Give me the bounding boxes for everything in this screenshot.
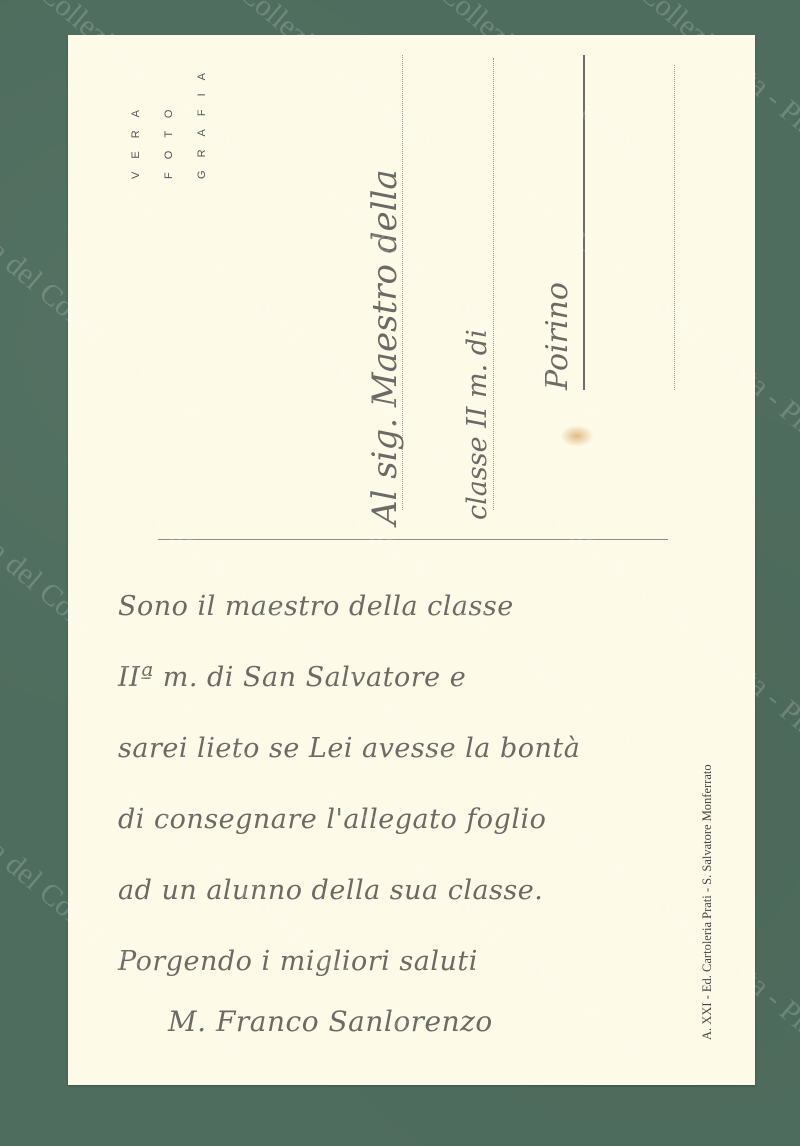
divider-line <box>158 539 668 540</box>
message-line: Sono il maestro della classe <box>118 582 678 653</box>
publisher-imprint: A. XXI - Ed. Cartoleria Prati - S. Salva… <box>700 650 715 1040</box>
message-line: Porgendo i migliori saluti <box>118 937 678 997</box>
address-line-2 <box>493 58 494 510</box>
address-town: Poirino <box>540 160 575 390</box>
message-line: di consegnare l'allegato foglio <box>118 795 678 866</box>
photo-mark-foto: FOTO <box>163 60 175 179</box>
message-line: IIª m. di San Salvatore e <box>118 653 678 724</box>
address-line-3 <box>583 55 585 390</box>
address-class: classe II m. di <box>462 190 493 520</box>
foxing-stain <box>560 425 594 447</box>
address-line-4 <box>674 65 675 390</box>
photo-mark-vera: VERA <box>130 60 142 179</box>
handwritten-message: Sono il maestro della classe IIª m. di S… <box>118 582 678 1068</box>
message-line: sarei lieto se Lei avesse la bontà <box>118 724 678 795</box>
message-line: ad un alunno della sua classe. <box>118 866 678 937</box>
address-recipient: Al sig. Maestro della <box>365 95 405 525</box>
vera-fotografia-mark: VERA FOTO GRAFIA <box>130 60 208 179</box>
photo-mark-grafia: GRAFIA <box>196 60 208 179</box>
signature: M. Franco Sanlorenzo <box>118 997 678 1068</box>
